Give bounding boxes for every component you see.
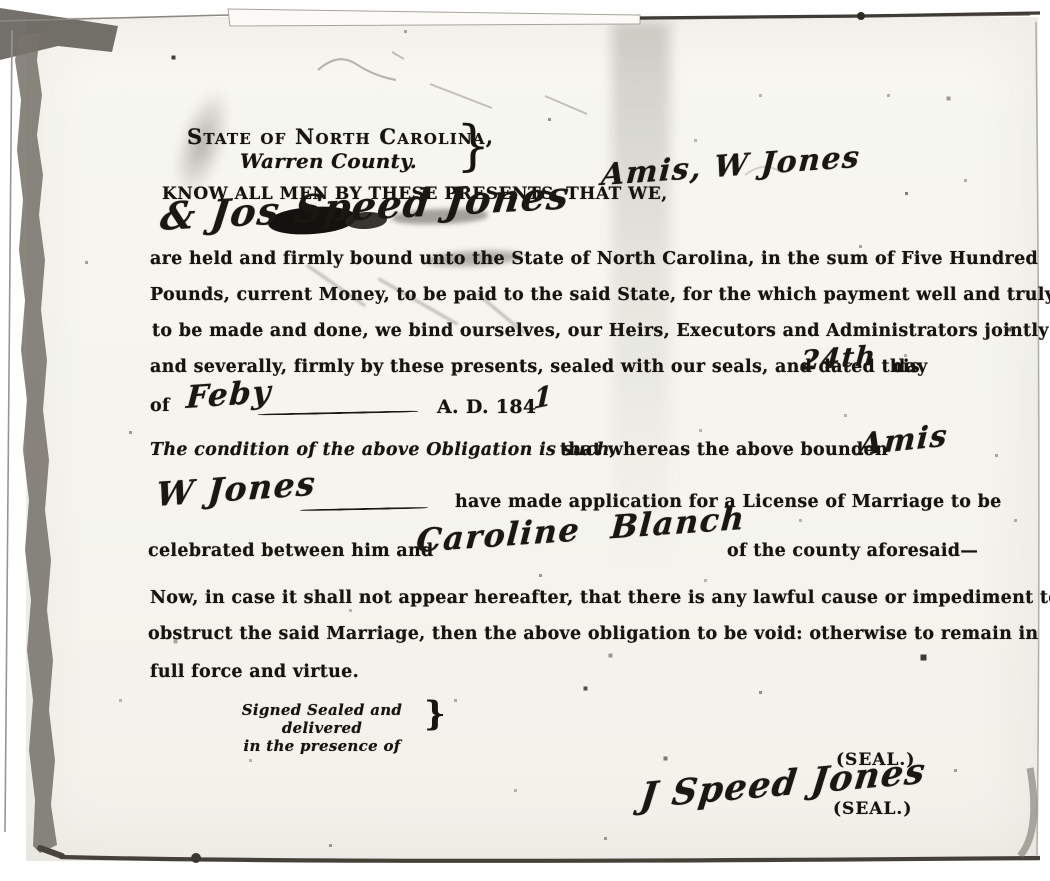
- handwritten-principal-1: Amis, W Jones: [600, 140, 862, 193]
- bond-ad-label: A. D. 184: [437, 396, 536, 418]
- handwritten-groom-rest: W Jones: [155, 464, 318, 514]
- attestation-line1: Signed Sealed and delivered: [222, 701, 422, 737]
- pen-dash: [300, 507, 428, 512]
- handwritten-principal-2: & Jos Speed Jones: [158, 172, 573, 239]
- attestation-brace: }: [424, 694, 446, 734]
- handwritten-day: 24th: [800, 340, 878, 377]
- seal-label-bottom: (SEAL.): [833, 799, 912, 819]
- handwritten-groom-first: Amis: [858, 418, 949, 463]
- condition-celebrated: celebrated between him and: [148, 541, 434, 561]
- header-county: Warren County.: [240, 149, 417, 173]
- void-line2: obstruct the said Marriage, then the abo…: [148, 624, 1038, 644]
- document-text: State of North Carolina, Warren County. …: [0, 0, 1050, 881]
- bond-line2: Pounds, current Money, to be paid to the…: [150, 285, 1050, 305]
- scanned-marriage-bond: State of North Carolina, Warren County. …: [0, 0, 1050, 881]
- header-brace: }: [456, 114, 490, 177]
- condition-whereas: that whereas the above bounden: [560, 440, 888, 460]
- void-line3: full force and virtue.: [150, 662, 359, 682]
- bond-of-label: of: [150, 396, 170, 416]
- bond-line3: to be made and done, we bind ourselves, …: [152, 321, 1049, 341]
- condition-lead: The condition of the above Obligation is…: [150, 440, 616, 460]
- handwritten-year-digit: 1: [533, 380, 554, 416]
- bond-line4-day-label: day: [893, 357, 928, 377]
- bond-line1: are held and firmly bound unto the State…: [150, 249, 1038, 269]
- header-state: State of North Carolina,: [187, 124, 494, 149]
- handwritten-month: Feby: [185, 374, 273, 416]
- condition-aforesaid: of the county aforesaid—: [727, 541, 978, 561]
- attestation-line2: in the presence of: [222, 737, 422, 755]
- pen-dash: [258, 410, 418, 415]
- void-line1: Now, in case it shall not appear hereaft…: [150, 588, 1050, 608]
